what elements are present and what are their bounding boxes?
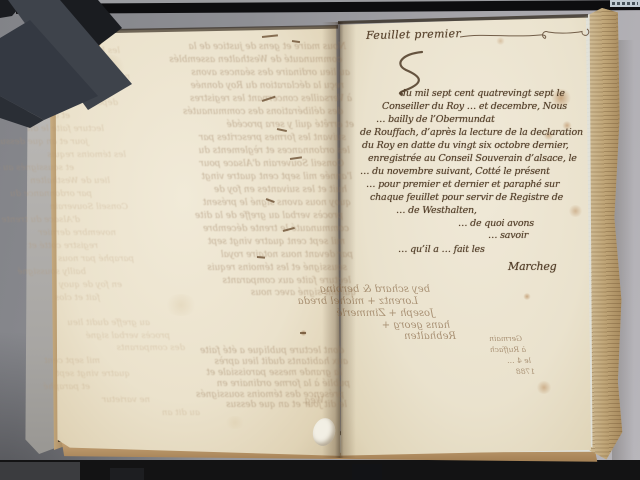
corner-clamp — [0, 0, 160, 130]
ink-mark — [266, 198, 275, 203]
ink-mark — [292, 40, 300, 43]
ink-mark — [300, 332, 306, 334]
ink-mark — [283, 227, 295, 232]
archival-scan: Feuillet premier Nous maire et gens de j… — [0, 0, 640, 480]
ink-mark — [290, 156, 302, 160]
ink-mark — [277, 128, 287, 132]
ink-mark — [262, 96, 276, 102]
ink-mark — [262, 34, 278, 38]
ink-mark — [257, 256, 265, 259]
